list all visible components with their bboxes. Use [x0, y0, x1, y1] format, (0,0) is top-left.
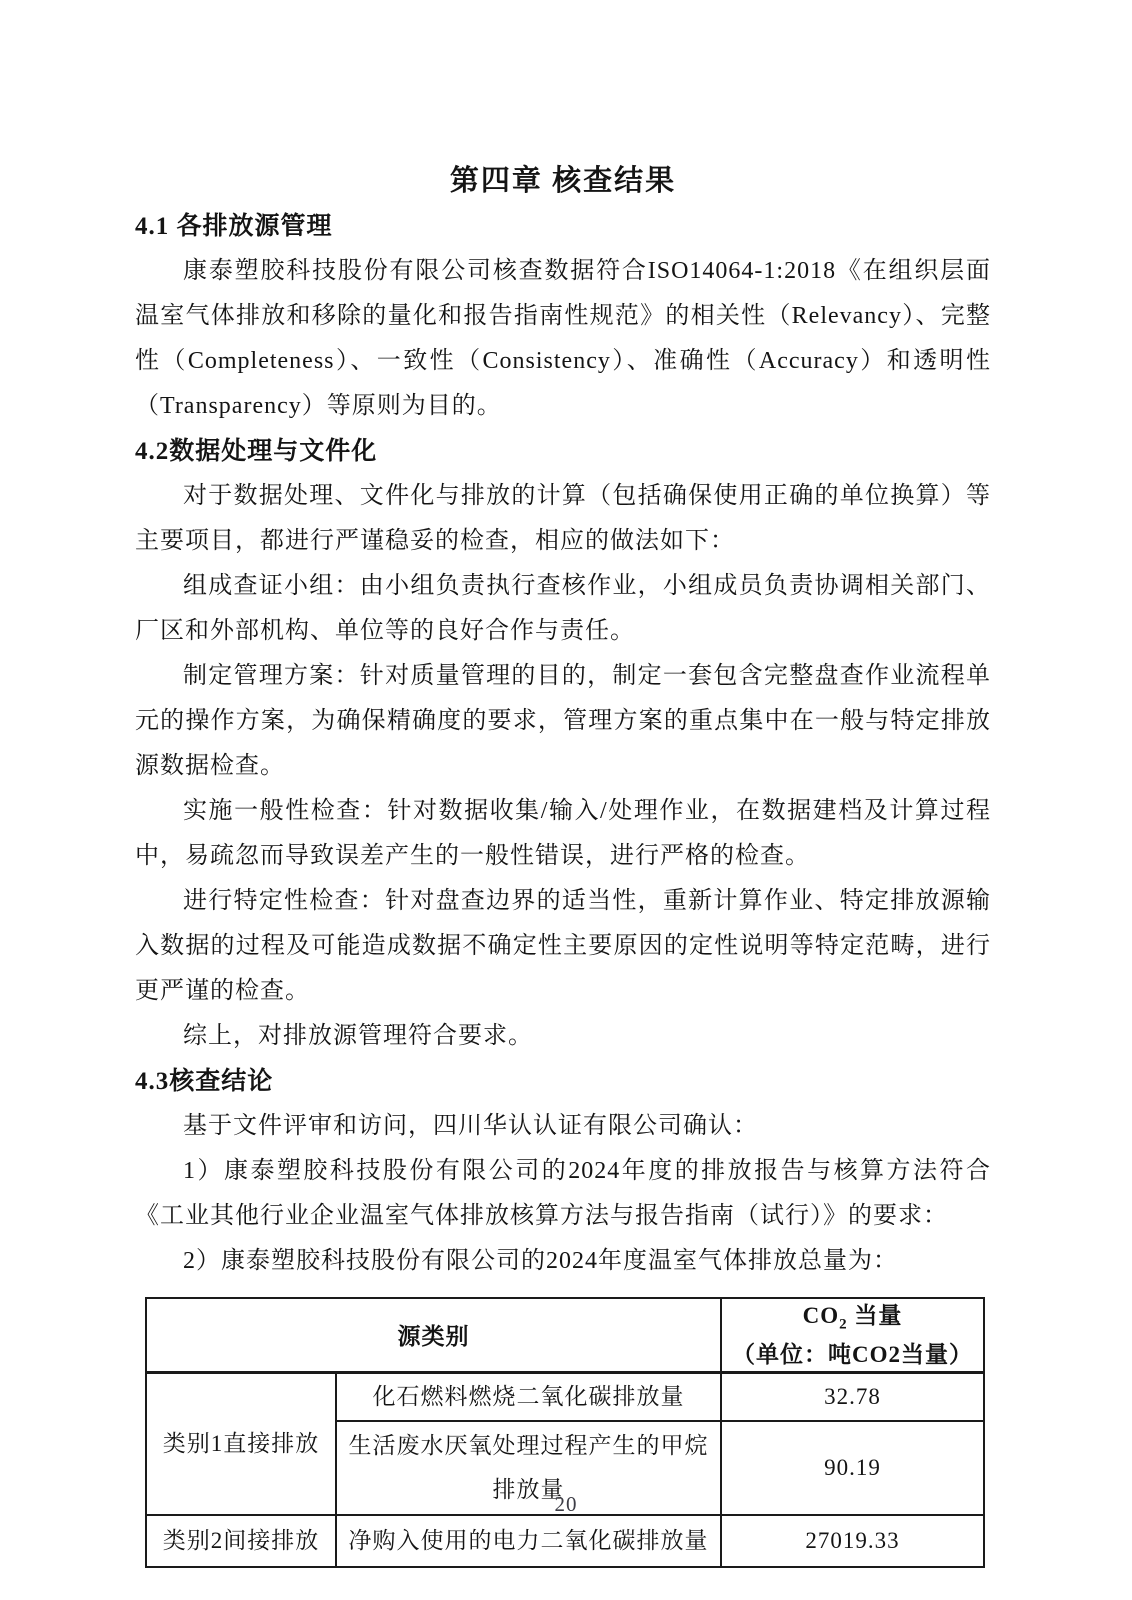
co2-text: CO [803, 1303, 840, 1328]
section-heading-4-1: 4.1 各排放源管理 [135, 204, 991, 249]
table-header-row: 源类别 CO2 当量 （单位：吨CO2当量） [146, 1298, 984, 1372]
source-cell: 净购入使用的电力二氧化碳排放量 [336, 1515, 721, 1567]
equivalent-text: 当量 [848, 1303, 903, 1328]
co2-equivalent-label: CO2 当量 [730, 1301, 975, 1340]
page-content: 第四章 核查结果 4.1 各排放源管理 康泰塑胶科技股份有限公司核查数据符合IS… [135, 158, 991, 1568]
co2-subscript: 2 [839, 1317, 848, 1333]
paragraph: 2）康泰塑胶科技股份有限公司的2024年度温室气体排放总量为： [135, 1239, 991, 1284]
table-row: 类别2间接排放 净购入使用的电力二氧化碳排放量 27019.33 [146, 1515, 984, 1567]
table-header-co2-equivalent: CO2 当量 （单位：吨CO2当量） [721, 1298, 984, 1372]
paragraph: 综上，对排放源管理符合要求。 [135, 1014, 991, 1059]
source-cell: 化石燃料燃烧二氧化碳排放量 [336, 1372, 721, 1421]
paragraph: 对于数据处理、文件化与排放的计算（包括确保使用正确的单位换算）等主要项目，都进行… [135, 474, 991, 564]
section-heading-4-3: 4.3核查结论 [135, 1059, 991, 1104]
paragraph: 进行特定性检查：针对盘查边界的适当性，重新计算作业、特定排放源输入数据的过程及可… [135, 879, 991, 1014]
paragraph: 制定管理方案：针对质量管理的目的，制定一套包含完整盘查作业流程单元的操作方案，为… [135, 654, 991, 789]
chapter-title: 第四章 核查结果 [135, 158, 991, 204]
paragraph: 实施一般性检查：针对数据收集/输入/处理作业，在数据建档及计算过程中，易疏忽而导… [135, 789, 991, 879]
category-2-cell: 类别2间接排放 [146, 1515, 336, 1567]
paragraph: 1）康泰塑胶科技股份有限公司的2024年度的排放报告与核算方法符合《工业其他行业… [135, 1149, 991, 1239]
paragraph: 组成查证小组：由小组负责执行查核作业，小组成员负责协调相关部门、厂区和外部机构、… [135, 564, 991, 654]
value-cell: 32.78 [721, 1372, 984, 1421]
paragraph: 康泰塑胶科技股份有限公司核查数据符合ISO14064-1:2018《在组织层面温… [135, 249, 991, 429]
table-header-source-category: 源类别 [146, 1298, 721, 1372]
document-page: 第四章 核查结果 4.1 各排放源管理 康泰塑胶科技股份有限公司核查数据符合IS… [0, 0, 1132, 1600]
section-heading-4-2: 4.2数据处理与文件化 [135, 429, 991, 474]
co2-unit-label: （单位：吨CO2当量） [730, 1340, 975, 1369]
value-cell: 27019.33 [721, 1515, 984, 1567]
emissions-summary-table: 源类别 CO2 当量 （单位：吨CO2当量） 类别1直接排放 化石燃料燃烧二氧化… [145, 1297, 985, 1568]
page-number: 20 [0, 1492, 1132, 1517]
table-row: 类别1直接排放 化石燃料燃烧二氧化碳排放量 32.78 [146, 1372, 984, 1421]
paragraph: 基于文件评审和访问，四川华认认证有限公司确认： [135, 1104, 991, 1149]
